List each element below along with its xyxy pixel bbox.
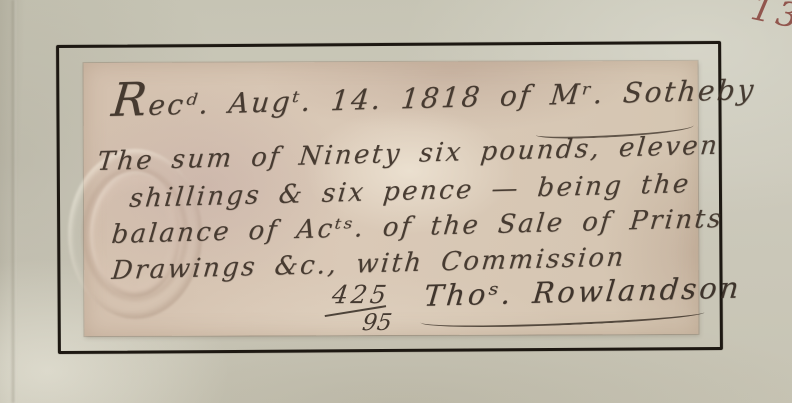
corner-annotation: 13 [747, 0, 792, 38]
fraction-denominator: 95 [361, 310, 394, 336]
receipt-paper: Recᵈ. Augᵗ. 14. 1818 of Mʳ. Sotheby The … [84, 61, 699, 336]
photograph-of-receipt: 13 Recᵈ. Augᵗ. 14. 1818 of Mʳ. Sotheby T… [0, 0, 792, 403]
lot-fraction: 425 95 [332, 280, 391, 336]
mount-crease [11, 0, 16, 403]
ink-border-frame: Recᵈ. Augᵗ. 14. 1818 of Mʳ. Sotheby The … [56, 41, 723, 354]
receipt-line-date: Recᵈ. Augᵗ. 14. 1818 of Mʳ. Sotheby [110, 70, 758, 123]
